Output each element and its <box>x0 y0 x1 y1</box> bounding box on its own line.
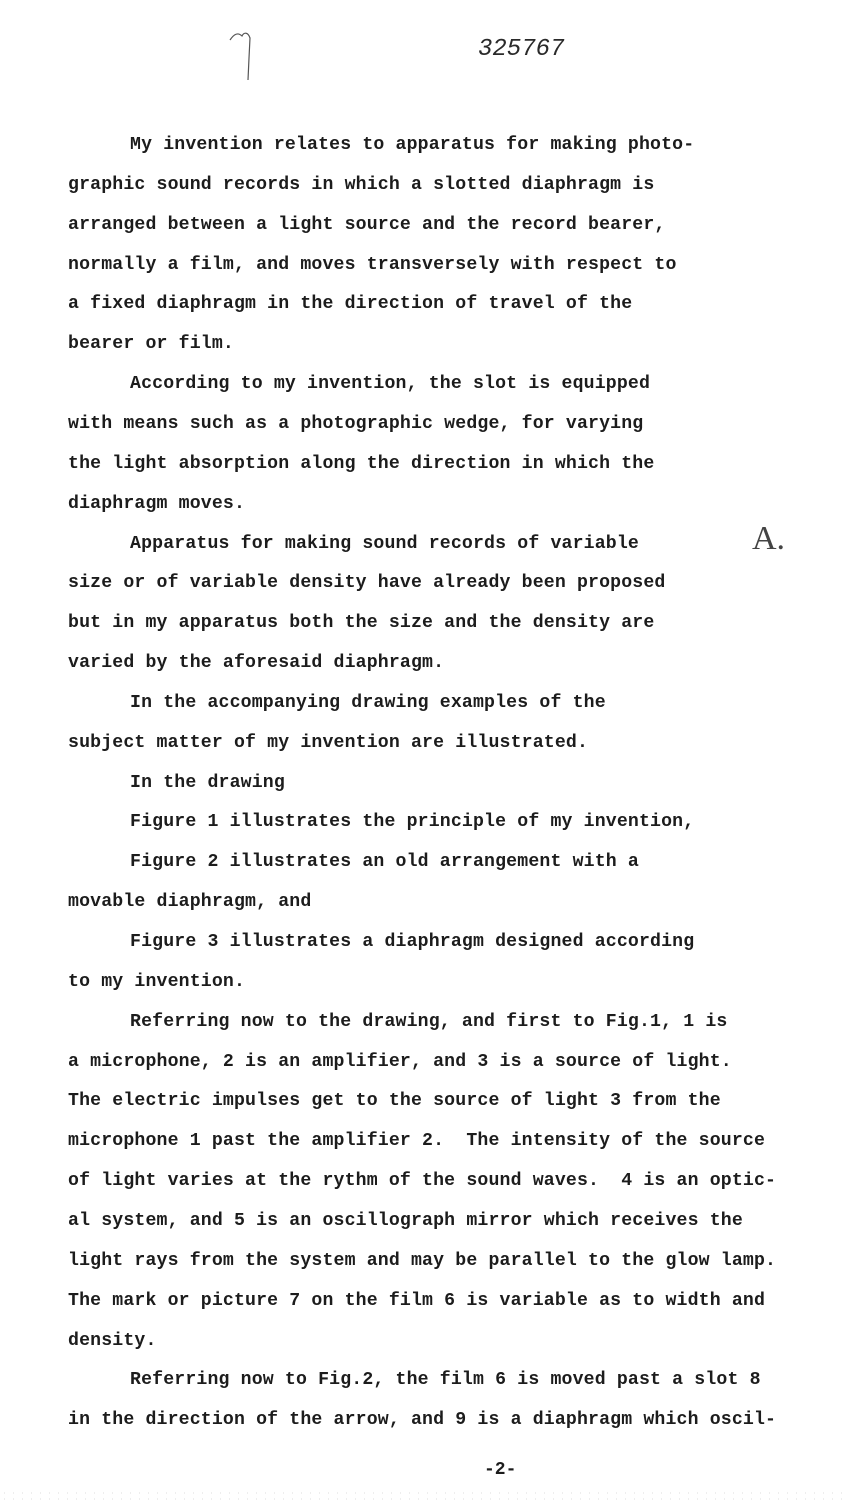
text-line: graphic sound records in which a slotted… <box>68 174 654 196</box>
text-line: Referring now to Fig.2, the film 6 is mo… <box>130 1369 761 1391</box>
text-line: Referring now to the drawing, and first … <box>130 1011 727 1033</box>
handwritten-mark-icon <box>222 28 262 88</box>
text-line: My invention relates to apparatus for ma… <box>130 134 694 156</box>
text-line: light rays from the system and may be pa… <box>68 1250 776 1272</box>
text-line: movable diaphragm, and <box>68 891 311 913</box>
text-line: size or of variable density have already… <box>68 572 665 594</box>
scan-noise <box>0 1490 850 1504</box>
text-line: varied by the aforesaid diaphragm. <box>68 652 444 674</box>
text-line: but in my apparatus both the size and th… <box>68 612 654 634</box>
text-line: in the direction of the arrow, and 9 is … <box>68 1409 776 1431</box>
text-line: In the drawing <box>130 772 285 794</box>
text-line: Figure 2 illustrates an old arrangement … <box>130 851 639 873</box>
text-line: the light absorption along the direction… <box>68 453 654 475</box>
text-line: normally a film, and moves transversely … <box>68 254 677 276</box>
text-line: al system, and 5 is an oscillograph mirr… <box>68 1210 743 1232</box>
text-line: a fixed diaphragm in the direction of tr… <box>68 293 632 315</box>
text-line: In the accompanying drawing examples of … <box>130 692 606 714</box>
text-line: Figure 3 illustrates a diaphragm designe… <box>130 931 694 953</box>
text-line: subject matter of my invention are illus… <box>68 732 588 754</box>
text-line: The mark or picture 7 on the film 6 is v… <box>68 1290 765 1312</box>
text-line: According to my invention, the slot is e… <box>130 373 650 395</box>
text-line: with means such as a photographic wedge,… <box>68 413 643 435</box>
text-line: bearer or film. <box>68 333 234 355</box>
text-line: density. <box>68 1330 157 1352</box>
text-line: microphone 1 past the amplifier 2. The i… <box>68 1130 765 1152</box>
text-line: diaphragm moves. <box>68 493 245 515</box>
margin-annotation: A. <box>752 520 785 558</box>
text-line: The electric impulses get to the source … <box>68 1090 721 1112</box>
text-line: of light varies at the rythm of the soun… <box>68 1170 776 1192</box>
text-line: a microphone, 2 is an amplifier, and 3 i… <box>68 1051 732 1073</box>
text-line: arranged between a light source and the … <box>68 214 665 236</box>
document-number: 325767 <box>478 36 564 63</box>
document-page: 325767 A. My invention relates to appara… <box>0 0 850 1504</box>
text-line: to my invention. <box>68 971 245 993</box>
text-line: Apparatus for making sound records of va… <box>130 533 639 555</box>
page-number: -2- <box>484 1460 516 1480</box>
text-line: Figure 1 illustrates the principle of my… <box>130 811 694 833</box>
